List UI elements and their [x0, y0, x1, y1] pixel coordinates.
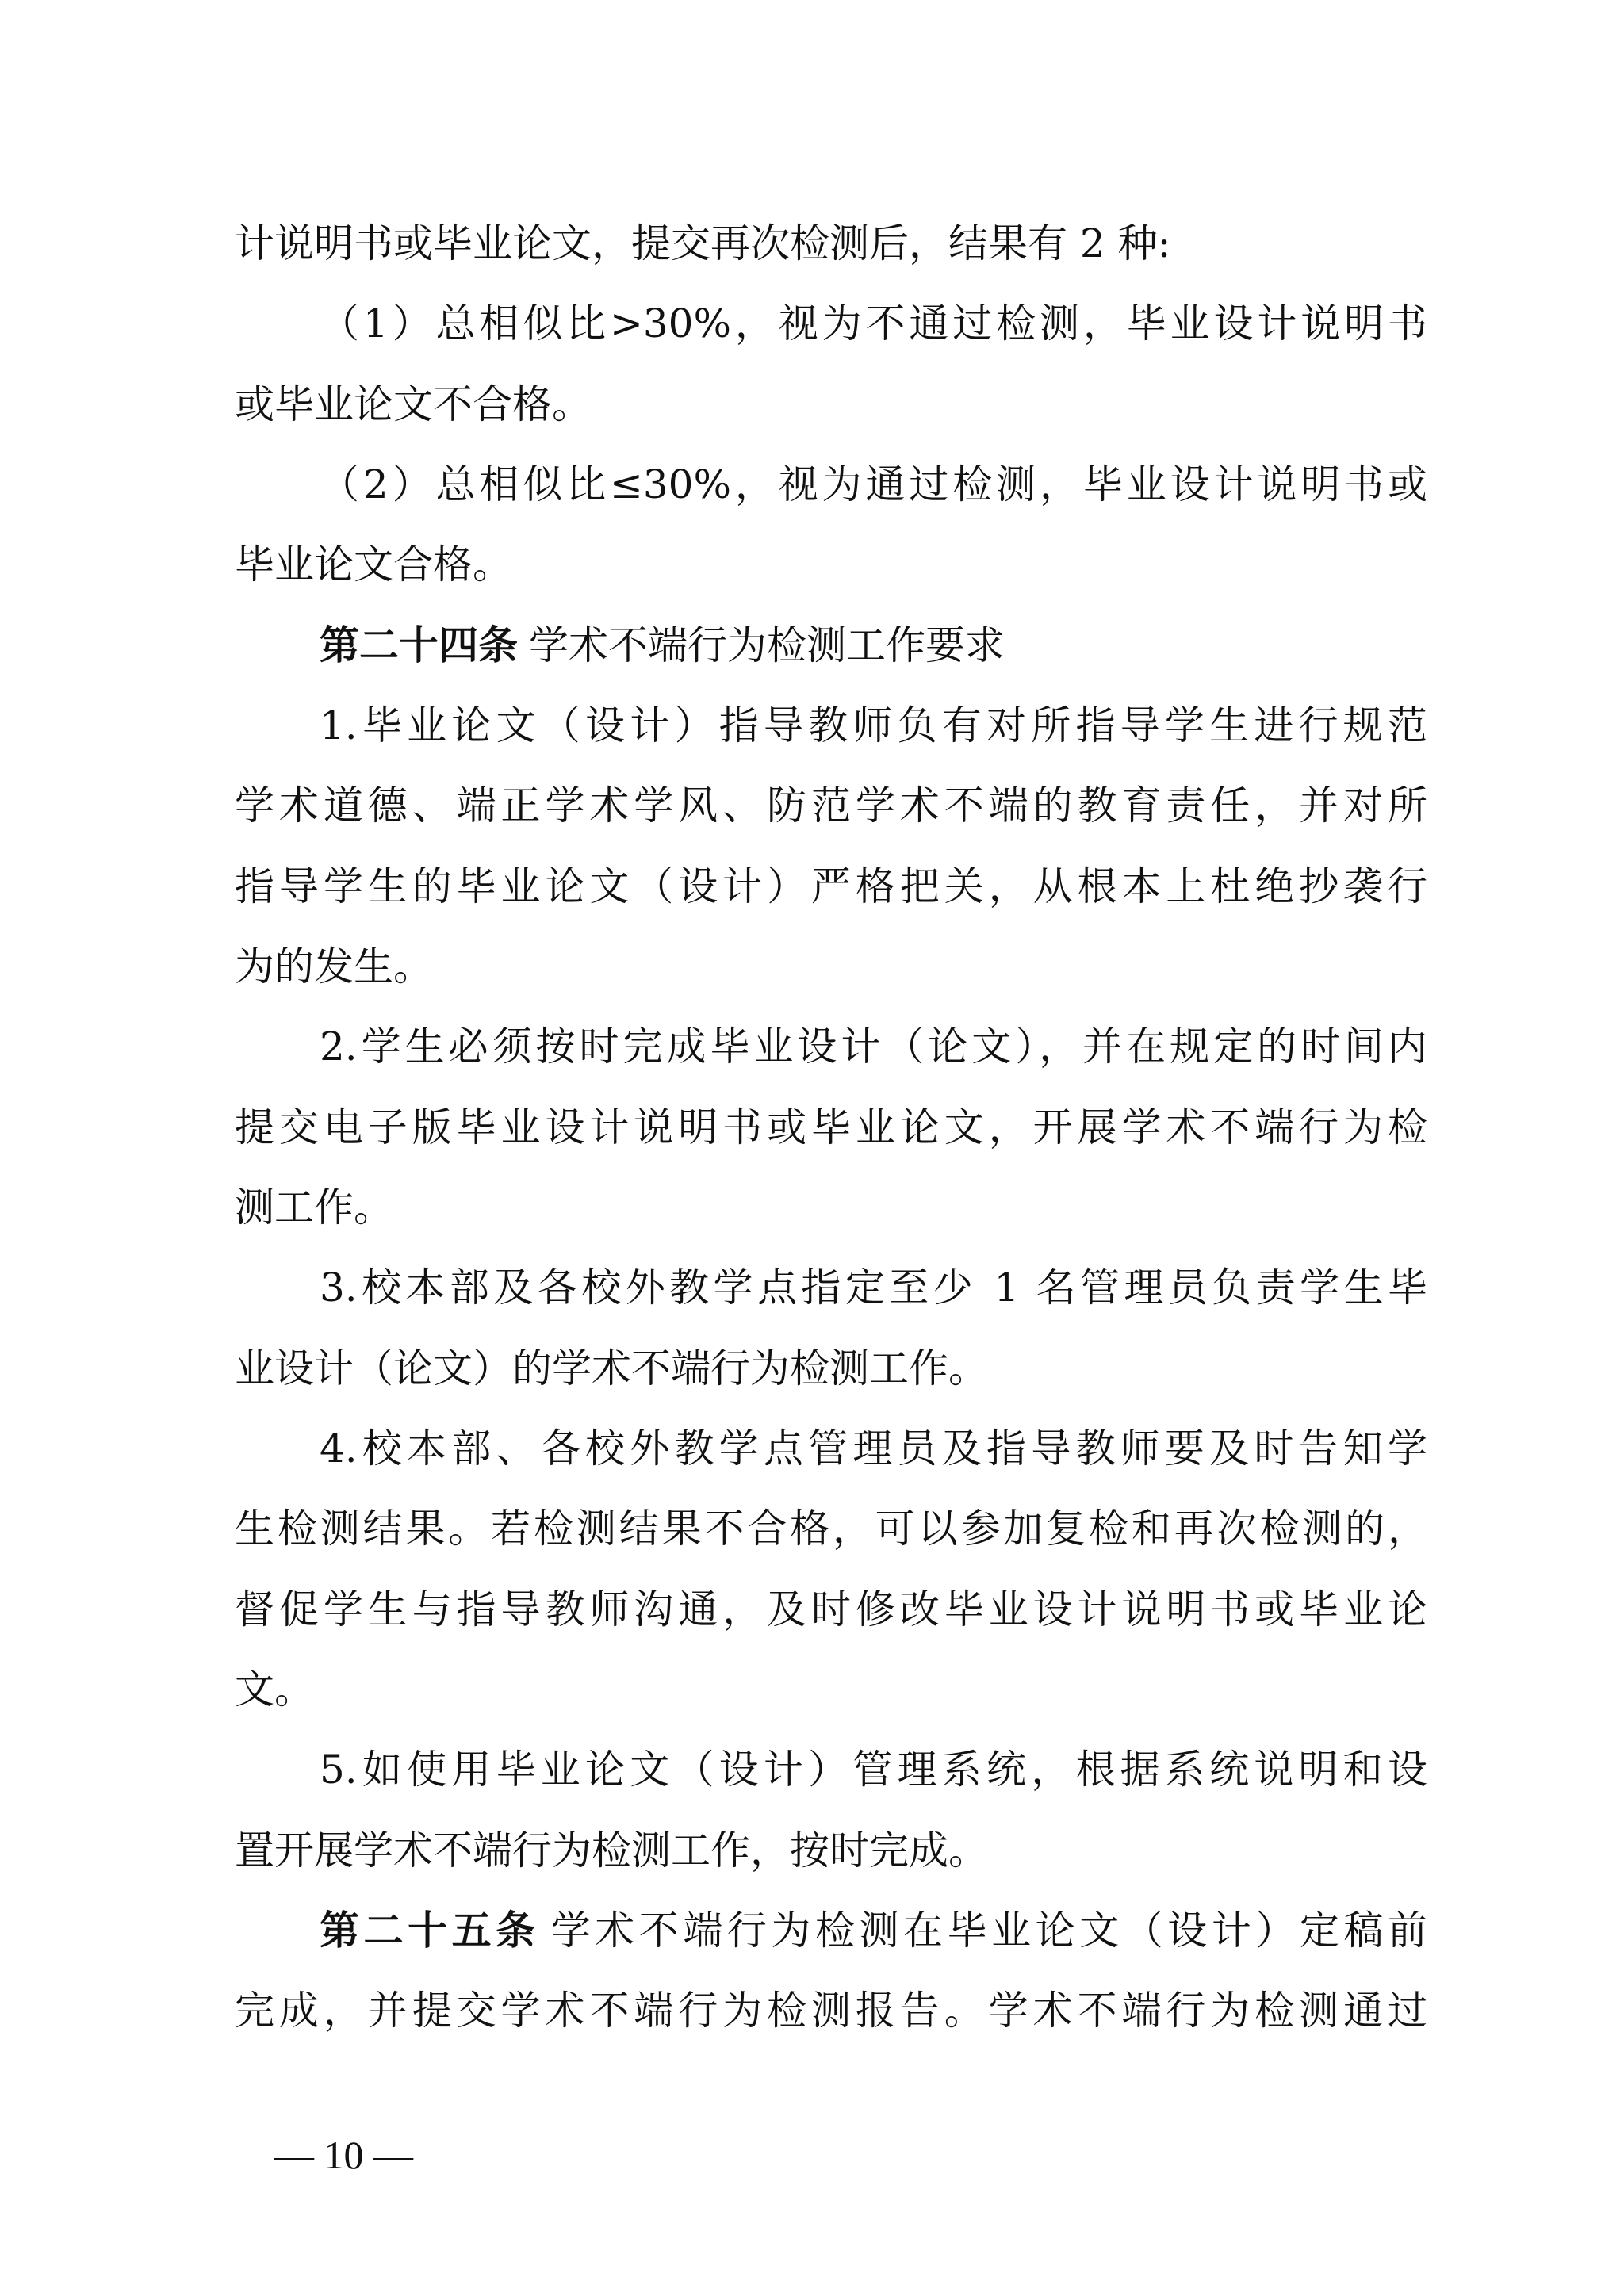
article-number: 第二十四条 [320, 622, 518, 668]
text-line: （1）总相似比>30%，视为不通过检测，毕业设计说明书 [320, 300, 1427, 347]
text-line: 计说明书或毕业论文，提交再次检测后，结果有 2 种: [235, 220, 1427, 267]
text-line: 文。 [235, 1666, 1427, 1713]
text-line: 3.校本部及各校外教学点指定至少 1 名管理员负责学生毕 [320, 1264, 1427, 1311]
article-heading-24: 第二十四条学术不端行为检测工作要求 [320, 622, 1427, 669]
text-line: 督促学生与指导教师沟通，及时修改毕业设计说明书或毕业论 [235, 1586, 1427, 1633]
text-line: 毕业论文合格。 [235, 541, 1427, 588]
text-line: 提交电子版毕业设计说明书或毕业论文，开展学术不端行为检 [235, 1104, 1427, 1151]
document-page: 计说明书或毕业论文，提交再次检测后，结果有 2 种: （1）总相似比>30%，视… [0, 0, 1624, 2296]
text-line: 测工作。 [235, 1184, 1427, 1231]
text-line: 2.学生必须按时完成毕业设计（论文），并在规定的时间内 [320, 1023, 1427, 1070]
text-line: 或毕业论文不合格。 [235, 381, 1427, 428]
article-text: 学术不端行为检测在毕业论文（设计）定稿前 [551, 1908, 1427, 1954]
text-line: 4.校本部、各校外教学点管理员及指导教师要及时告知学 [320, 1425, 1427, 1472]
article-number: 第二十五条 [320, 1907, 540, 1954]
text-line: 5.如使用毕业论文（设计）管理系统，根据系统说明和设 [320, 1746, 1427, 1793]
article-title: 学术不端行为检测工作要求 [529, 622, 1005, 668]
article-heading-25: 第二十五条学术不端行为检测在毕业论文（设计）定稿前 [320, 1907, 1427, 1954]
text-line: 业设计（论文）的学术不端行为检测工作。 [235, 1345, 1427, 1392]
page-number: — 10 — [274, 2131, 413, 2179]
text-line: （2）总相似比≤30%，视为通过检测，毕业设计说明书或 [320, 461, 1427, 508]
text-line: 生检测结果。若检测结果不合格，可以参加复检和再次检测的， [235, 1505, 1427, 1552]
text-line: 置开展学术不端行为检测工作，按时完成。 [235, 1827, 1427, 1874]
text-line: 为的发生。 [235, 943, 1427, 990]
text-line: 完成，并提交学术不端行为检测报告。学术不端行为检测通过 [235, 1987, 1427, 2034]
text-line: 学术道德、端正学术学风、防范学术不端的教育责任，并对所 [235, 782, 1427, 829]
text-line: 指导学生的毕业论文（设计）严格把关，从根本上杜绝抄袭行 [235, 863, 1427, 910]
text-line: 1.毕业论文（设计）指导教师负有对所指导学生进行规范 [320, 702, 1427, 749]
